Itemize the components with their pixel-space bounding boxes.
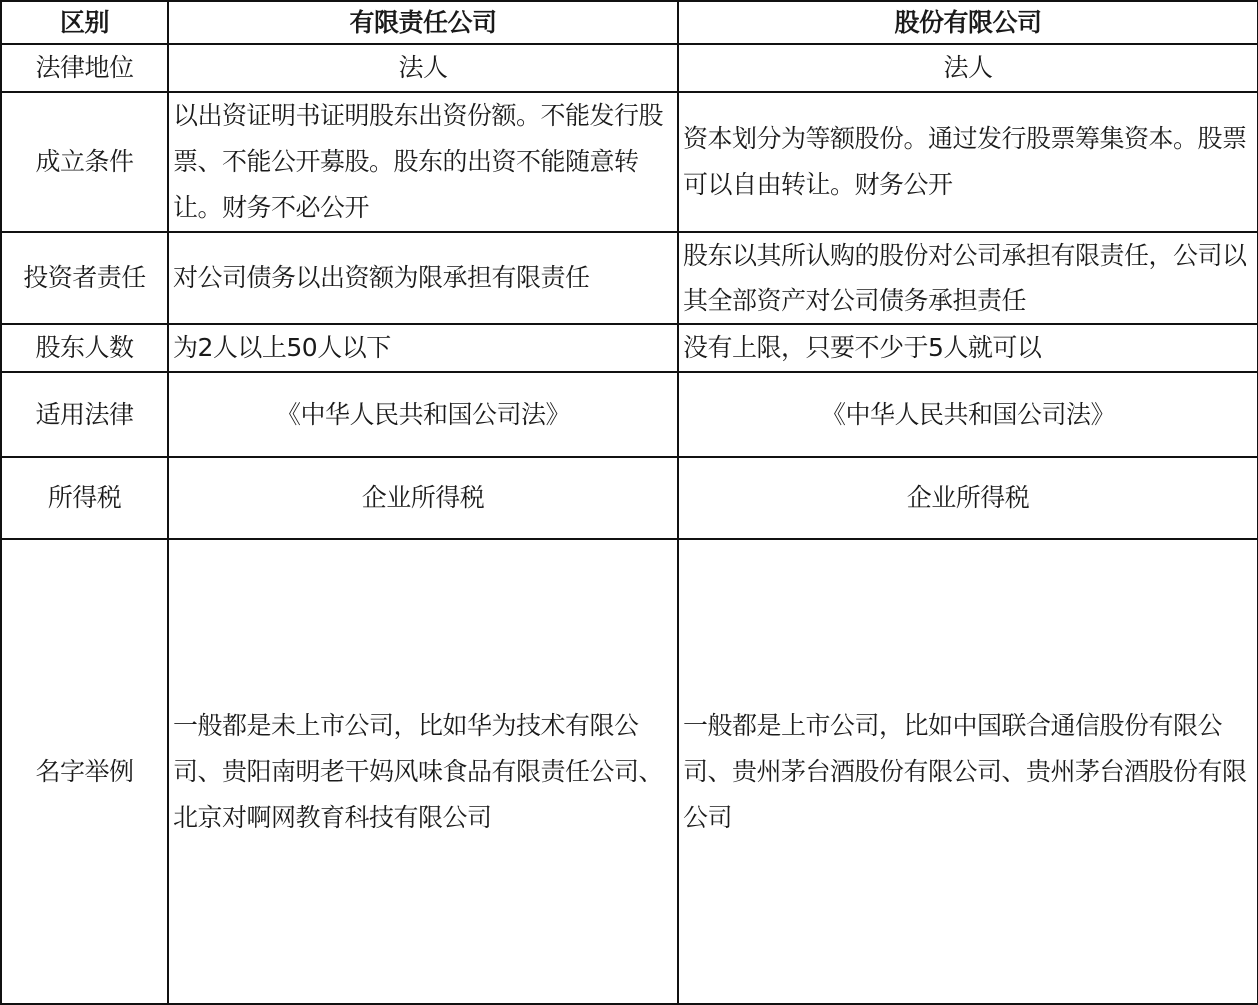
row-label: 所得税 <box>1 457 168 539</box>
jsc-cell: 《中华人民共和国公司法》 <box>678 372 1258 457</box>
header-row: 区别 有限责任公司 股份有限公司 <box>1 1 1258 44</box>
jsc-cell: 资本划分为等额股份。通过发行股票筹集资本。股票可以自由转让。财务公开 <box>678 92 1258 232</box>
table-row-legal-status: 法律地位 法人 法人 <box>1 44 1258 92</box>
header-joint-stock-company: 股份有限公司 <box>678 1 1258 44</box>
llc-cell: 为2人以上50人以下 <box>168 324 678 372</box>
row-label: 适用法律 <box>1 372 168 457</box>
table-row-name-examples: 名字举例 一般都是未上市公司，比如华为技术有限公司、贵阳南明老干妈风味食品有限责… <box>1 539 1258 1000</box>
row-label: 成立条件 <box>1 92 168 232</box>
jsc-cell: 企业所得税 <box>678 457 1258 539</box>
jsc-cell: 一般都是上市公司，比如中国联合通信股份有限公司、贵州茅台酒股份有限公司、贵州茅台… <box>678 539 1258 1000</box>
jsc-cell: 没有上限，只要不少于5人就可以 <box>678 324 1258 372</box>
llc-cell: 《中华人民共和国公司法》 <box>168 372 678 457</box>
row-label: 法律地位 <box>1 44 168 92</box>
row-label: 投资者责任 <box>1 232 168 324</box>
row-label: 股东人数 <box>1 324 168 372</box>
llc-cell: 对公司债务以出资额为限承担有限责任 <box>168 232 678 324</box>
table-row-investor-liability: 投资者责任 对公司债务以出资额为限承担有限责任 股东以其所认购的股份对公司承担有… <box>1 232 1258 324</box>
llc-cell: 企业所得税 <box>168 457 678 539</box>
llc-cell: 一般都是未上市公司，比如华为技术有限公司、贵阳南明老干妈风味食品有限责任公司、北… <box>168 539 678 1000</box>
jsc-cell: 股东以其所认购的股份对公司承担有限责任，公司以其全部资产对公司债务承担责任 <box>678 232 1258 324</box>
table-row-establishment-conditions: 成立条件 以出资证明书证明股东出资份额。不能发行股票、不能公开募股。股东的出资不… <box>1 92 1258 232</box>
table-row-applicable-law: 适用法律 《中华人民共和国公司法》 《中华人民共和国公司法》 <box>1 372 1258 457</box>
header-limited-liability-company: 有限责任公司 <box>168 1 678 44</box>
llc-cell: 以出资证明书证明股东出资份额。不能发行股票、不能公开募股。股东的出资不能随意转让… <box>168 92 678 232</box>
llc-cell: 法人 <box>168 44 678 92</box>
header-difference: 区别 <box>1 1 168 44</box>
table-row-shareholder-count: 股东人数 为2人以上50人以下 没有上限，只要不少于5人就可以 <box>1 324 1258 372</box>
table-row-income-tax: 所得税 企业所得税 企业所得税 <box>1 457 1258 539</box>
jsc-cell: 法人 <box>678 44 1258 92</box>
company-comparison-table: 区别 有限责任公司 股份有限公司 法律地位 法人 法人 成立条件 以出资证明书证… <box>0 0 1258 1000</box>
row-label: 名字举例 <box>1 539 168 1000</box>
